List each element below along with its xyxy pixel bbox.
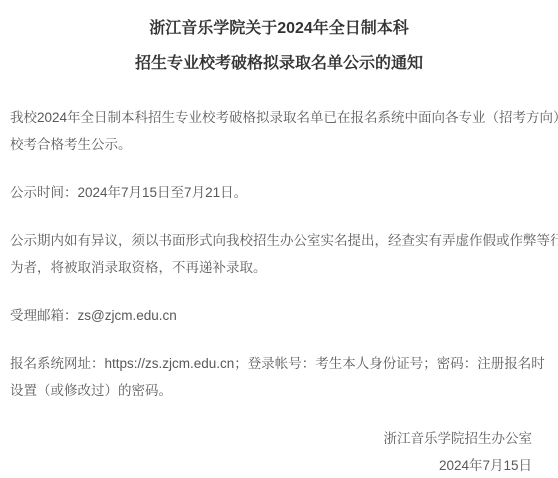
signature-org: 浙江音乐学院招生办公室 xyxy=(10,425,532,452)
paragraph-login-info-line-2: 设置（或修改过）的密码。 xyxy=(10,377,548,404)
paragraph-publicity-period: 公示时间：2024年7月15日至7月21日。 xyxy=(10,179,548,206)
paragraph-intro-line-2: 校考合格考生公示。 xyxy=(10,131,548,158)
paragraph-objection-line-2: 为者，将被取消录取资格，不再递补录取。 xyxy=(10,254,548,281)
notice-signature: 浙江音乐学院招生办公室 2024年7月15日 xyxy=(10,425,548,478)
notice-body: 我校2024年全日制本科招生专业校考破格拟录取名单已在报名系统中面向各专业（招考… xyxy=(10,104,548,478)
notice-page: 浙江音乐学院关于2024年全日制本科 招生专业校考破格拟录取名单公示的通知 我校… xyxy=(0,0,558,478)
paragraph-intro: 我校2024年全日制本科招生专业校考破格拟录取名单已在报名系统中面向各专业（招考… xyxy=(10,104,548,158)
paragraph-login-info-line-1: 报名系统网址：https://zs.zjcm.edu.cn；登录帐号：考生本人身… xyxy=(10,350,548,377)
paragraph-email: 受理邮箱：zs@zjcm.edu.cn xyxy=(10,302,548,329)
signature-date: 2024年7月15日 xyxy=(10,452,532,478)
paragraph-objection: 公示期内如有异议，须以书面形式向我校招生办公室实名提出，经查实有弄虚作假或作弊等… xyxy=(10,227,548,281)
paragraph-login-info: 报名系统网址：https://zs.zjcm.edu.cn；登录帐号：考生本人身… xyxy=(10,350,548,404)
notice-title-line-2: 招生专业校考破格拟录取名单公示的通知 xyxy=(10,46,548,81)
paragraph-intro-line-1: 我校2024年全日制本科招生专业校考破格拟录取名单已在报名系统中面向各专业（招考… xyxy=(10,104,548,131)
paragraph-objection-line-1: 公示期内如有异议，须以书面形式向我校招生办公室实名提出，经查实有弄虚作假或作弊等… xyxy=(10,227,548,254)
paragraph-email-line-1: 受理邮箱：zs@zjcm.edu.cn xyxy=(10,302,548,329)
notice-title: 浙江音乐学院关于2024年全日制本科 招生专业校考破格拟录取名单公示的通知 xyxy=(10,11,548,81)
notice-title-line-1: 浙江音乐学院关于2024年全日制本科 xyxy=(10,11,548,46)
paragraph-publicity-period-line-1: 公示时间：2024年7月15日至7月21日。 xyxy=(10,179,548,206)
